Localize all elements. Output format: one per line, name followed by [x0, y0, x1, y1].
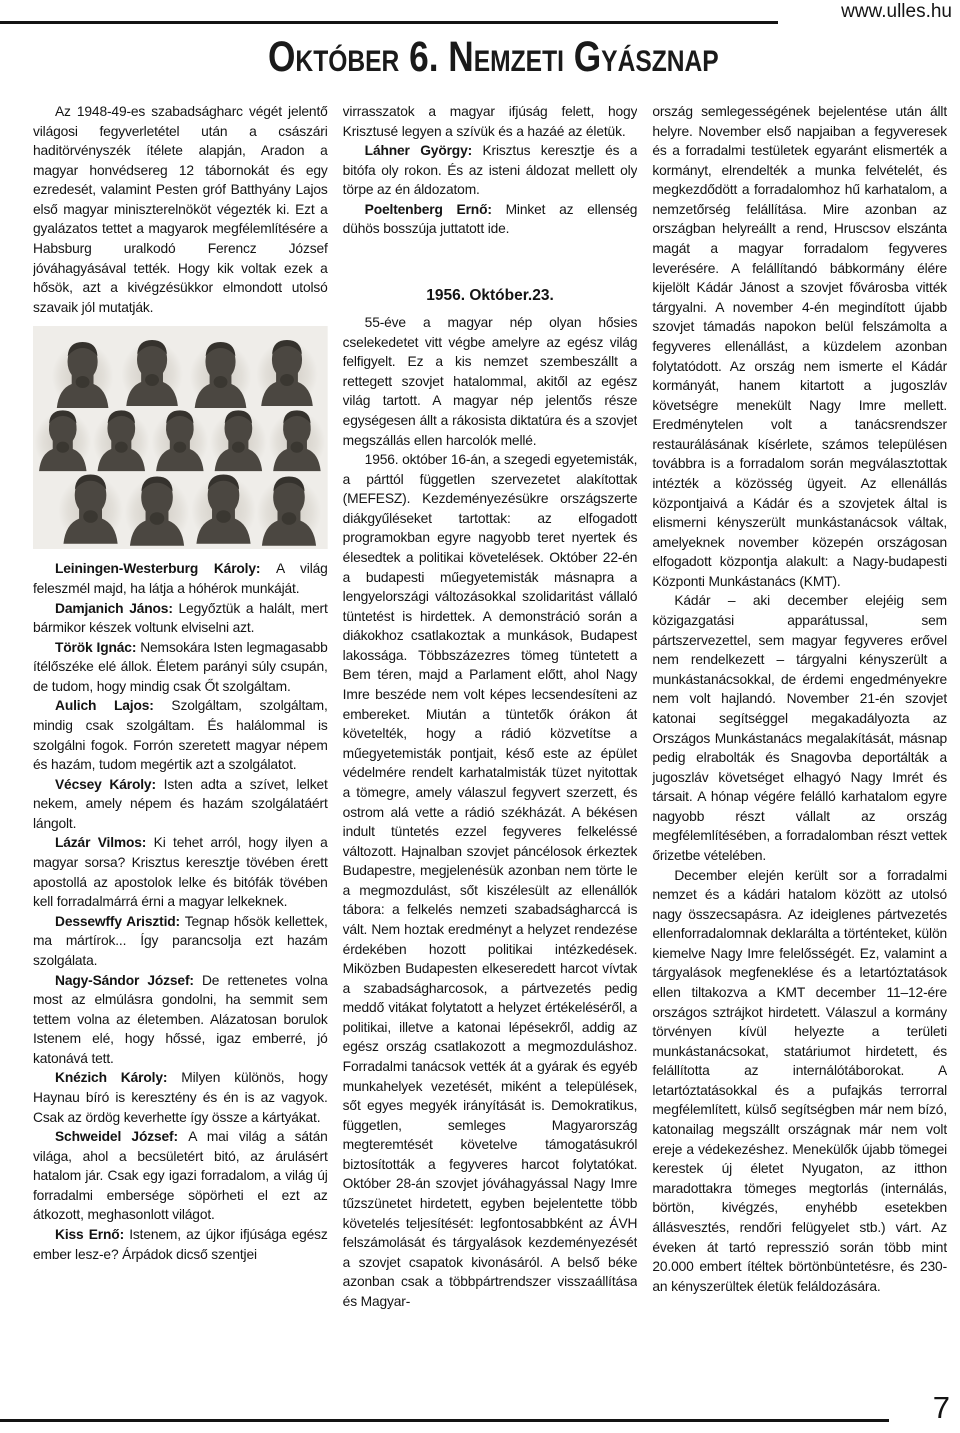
quote-paragraph: Poeltenberg Ernő: Minket az ellenség düh… — [343, 200, 638, 239]
column-2: virrasszatok a magyar ifjúság felett, ho… — [343, 102, 638, 1397]
speaker-name: Poeltenberg Ernő: — [365, 202, 506, 217]
quote-paragraph: Aulich Lajos: Szolgáltam, szolgáltam, mi… — [33, 696, 328, 774]
speaker-name: Knézich Károly: — [55, 1070, 181, 1085]
article-columns: Az 1948-49-es szabadságharc végét jelent… — [33, 102, 947, 1397]
footer-divider — [0, 1419, 889, 1422]
section-heading: 1956. Október.23. — [343, 285, 638, 307]
speaker-name: Dessewffy Arisztid: — [55, 914, 185, 929]
speaker-name: Láhner György: — [365, 143, 483, 158]
quote-paragraph: Nagy-Sándor József: De rettenetes volna … — [33, 971, 328, 1069]
column-1: Az 1948-49-es szabadságharc végét jelent… — [33, 102, 328, 1397]
body-paragraph: Az 1948-49-es szabadságharc végét jelent… — [33, 102, 328, 317]
speaker-name: Schweidel József: — [55, 1129, 188, 1144]
body-paragraph: ország semlegességének bejelentése után … — [652, 102, 947, 591]
header-divider — [0, 21, 778, 24]
body-paragraph: December elején került sor a forradalmi … — [652, 866, 947, 1297]
speaker-name: Kiss Ernő: — [55, 1227, 129, 1242]
quote-paragraph: Dessewffy Arisztid: Tegnap hősök kellett… — [33, 912, 328, 971]
quote-paragraph: Vécsey Károly: Isten adta a szívet, lelk… — [33, 775, 328, 834]
page-title: Október 6. Nemzeti Gyásznap — [268, 33, 719, 82]
speaker-name: Lázár Vilmos: — [55, 835, 154, 850]
speaker-name: Török Ignác: — [55, 640, 140, 655]
body-paragraph: virrasszatok a magyar ifjúság felett, ho… — [343, 102, 638, 141]
body-paragraph: Kádár – aki december elejéig sem közigaz… — [652, 591, 947, 865]
page-number: 7 — [933, 1390, 950, 1426]
speaker-name: Vécsey Károly: — [55, 777, 164, 792]
body-paragraph: 1956. október 16-án, a szegedi egyetemis… — [343, 450, 638, 1311]
quote-paragraph: Lázár Vilmos: Ki tehet arról, hogy ilyen… — [33, 833, 328, 911]
site-url: www.ulles.hu — [841, 1, 952, 23]
newsletter-page: www.ulles.hu Október 6. Nemzeti Gyásznap… — [0, 0, 960, 1433]
quote-paragraph: Kiss Ernő: Istenem, az újkor ifjúsága eg… — [33, 1225, 328, 1264]
quote-paragraph: Láhner György: Krisztus keresztje és a b… — [343, 141, 638, 200]
quote-paragraph: Török Ignác: Nemsokára Isten legmagasabb… — [33, 638, 328, 697]
body-paragraph: 55-éve a magyar nép olyan hősies cseleke… — [343, 313, 638, 450]
quote-paragraph: Knézich Károly: Milyen különös, hogy Hay… — [33, 1068, 328, 1127]
quote-paragraph: Leiningen-Westerburg Károly: A világ fel… — [33, 559, 328, 598]
quote-paragraph: Damjanich János: Legyőztük a halált, mer… — [33, 599, 328, 638]
quote-paragraph: Schweidel József: A mai világ a sátán vi… — [33, 1127, 328, 1225]
speaker-name: Leiningen-Westerburg Károly: — [55, 561, 276, 576]
martyrs-image — [33, 326, 328, 549]
speaker-name: Aulich Lajos: — [55, 698, 171, 713]
column-3: ország semlegességének bejelentése után … — [652, 102, 947, 1397]
speaker-name: Nagy-Sándor József: — [55, 973, 202, 988]
speaker-name: Damjanich János: — [55, 601, 179, 616]
arad-martyrs-group-portrait-image — [33, 326, 328, 549]
